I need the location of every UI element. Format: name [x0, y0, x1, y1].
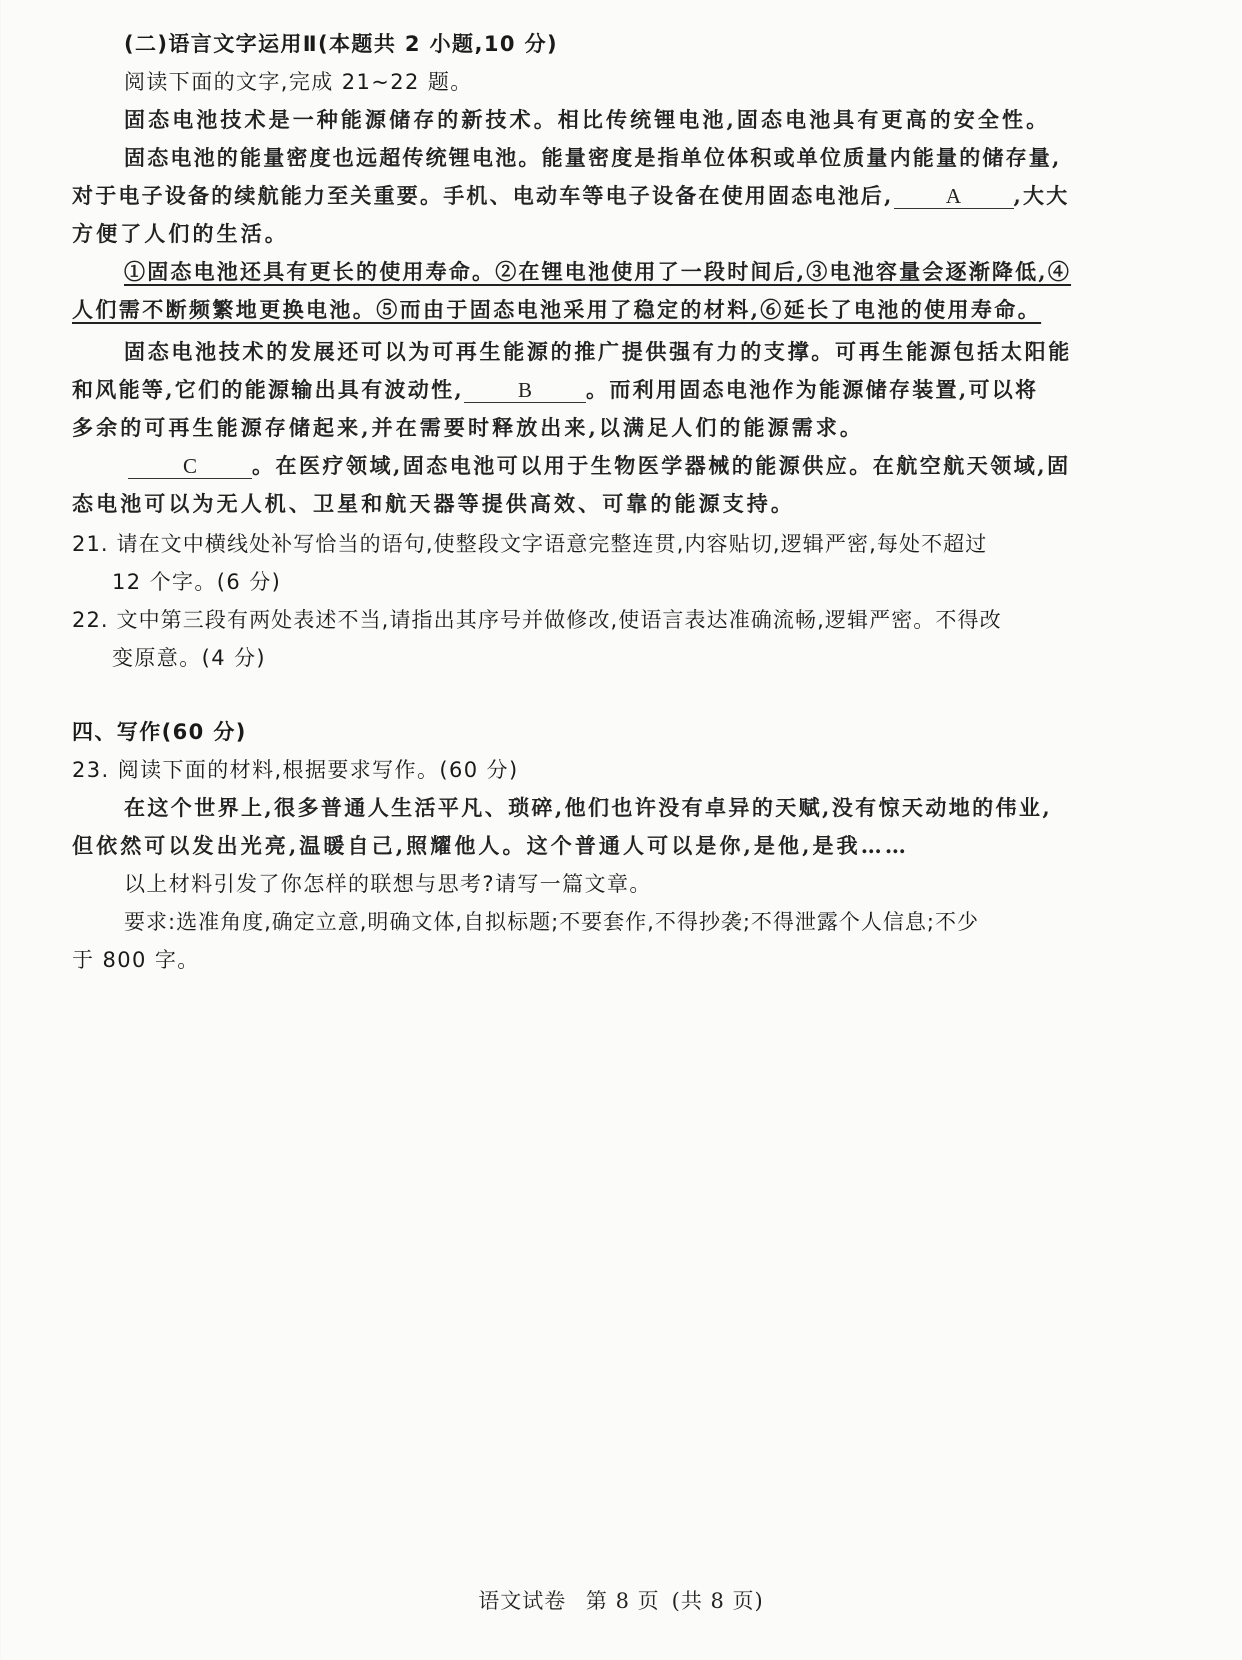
passage-paragraph-4-line-1: 固态电池技术的发展还可以为可再生能源的推广提供强有力的支撑。可再生能源包括太阳能 [124, 338, 1072, 366]
material-line-1: 在这个世界上,很多普通人生活平凡、琐碎,他们也许没有卓异的天赋,没有惊天动地的伟… [124, 794, 1052, 822]
blank-b: B [464, 378, 586, 403]
passage-text: 对于电子设备的续航能力至关重要。手机、电动车等电子设备在使用固态电池后, [72, 183, 894, 208]
section-4-heading: 四、写作(60 分) [72, 718, 247, 746]
blank-c: C [128, 454, 252, 479]
question-text: 请在文中横线处补写恰当的语句,使整段文字语意完整连贯,内容贴切,逻辑严密,每处不… [116, 532, 987, 556]
passage-text: 。在医疗领域,固态电池可以用于生物医学器械的能源供应。在航空航天领域,固 [252, 453, 1071, 478]
section-2-instruction: 阅读下面的文字,完成 21~22 题。 [124, 68, 473, 96]
material-line-2: 但依然可以发出光亮,温暖自己,照耀他人。这个普通人可以是你,是他,是我…… [72, 832, 909, 860]
passage-paragraph-3-line-2: 人们需不断频繁地更换电池。⑤而由于固态电池采用了稳定的材料,⑥延长了电池的使用寿… [72, 296, 1041, 324]
section-2-heading: (二)语言文字运用Ⅱ(本题共 2 小题,10 分) [124, 30, 558, 58]
question-22-line-2: 变原意。(4 分) [112, 644, 266, 672]
passage-paragraph-5-line-2: 态电池可以为无人机、卫星和航天器等提供高效、可靠的能源支持。 [72, 490, 795, 518]
footer-total-pages: (共 8 页) [672, 1589, 764, 1613]
question-22: 22. 文中第三段有两处表述不当,请指出其序号并做修改,使语言表达准确流畅,逻辑… [72, 606, 1002, 634]
question-number: 21. [72, 532, 109, 556]
exam-page: (二)语言文字运用Ⅱ(本题共 2 小题,10 分) 阅读下面的文字,完成 21~… [0, 0, 1242, 1660]
question-23: 23. 阅读下面的材料,根据要求写作。(60 分) [72, 756, 519, 784]
question-number: 23. [72, 758, 110, 782]
passage-paragraph-2-line-3: 方便了人们的生活。 [72, 220, 289, 248]
question-text: 文中第三段有两处表述不当,请指出其序号并做修改,使语言表达准确流畅,逻辑严密。不… [116, 608, 1001, 632]
passage-paragraph-2-line-1: 固态电池的能量密度也远超传统锂电池。能量密度是指单位体积或单位质量内能量的储存量… [124, 144, 1062, 172]
passage-paragraph-4-line-3: 多余的可再生能源存储起来,并在需要时释放出来,以满足人们的能源需求。 [72, 414, 864, 442]
passage-paragraph-4-line-2: 和风能等,它们的能源输出具有波动性,B。而利用固态电池作为能源储存装置,可以将 [72, 376, 1038, 404]
question-text: 阅读下面的材料,根据要求写作。(60 分) [118, 758, 519, 782]
question-21-line-2: 12 个字。(6 分) [112, 568, 281, 596]
passage-text: 。而利用固态电池作为能源储存装置,可以将 [586, 377, 1038, 402]
passage-text: 和风能等,它们的能源输出具有波动性, [72, 377, 464, 402]
blank-a: A [894, 184, 1014, 209]
passage-text: ,大大 [1014, 183, 1070, 208]
footer-page-number: 第 8 页 [586, 1589, 660, 1613]
passage-paragraph-1: 固态电池技术是一种能源储存的新技术。相比传统锂电池,固态电池具有更高的安全性。 [124, 106, 1050, 134]
footer-subject: 语文试卷 [478, 1589, 566, 1613]
requirements-line-2: 于 800 字。 [72, 946, 200, 974]
writing-task: 以上材料引发了你怎样的联想与思考?请写一篇文章。 [124, 870, 652, 898]
passage-paragraph-5-line-1: C。在医疗领域,固态电池可以用于生物医学器械的能源供应。在航空航天领域,固 [128, 452, 1071, 480]
passage-paragraph-2-line-2: 对于电子设备的续航能力至关重要。手机、电动车等电子设备在使用固态电池后,A,大大 [72, 182, 1069, 210]
requirements-line-1: 要求:选准角度,确定立意,明确文体,自拟标题;不要套作,不得抄袭;不得泄露个人信… [124, 908, 979, 936]
passage-paragraph-3-line-1: ①固态电池还具有更长的使用寿命。②在锂电池使用了一段时间后,③电池容量会逐渐降低… [124, 258, 1071, 286]
page-footer: 语文试卷 第 8 页(共 8 页) [0, 1585, 1242, 1615]
question-21: 21. 请在文中横线处补写恰当的语句,使整段文字语意完整连贯,内容贴切,逻辑严密… [72, 530, 987, 558]
question-number: 22. [72, 608, 109, 632]
